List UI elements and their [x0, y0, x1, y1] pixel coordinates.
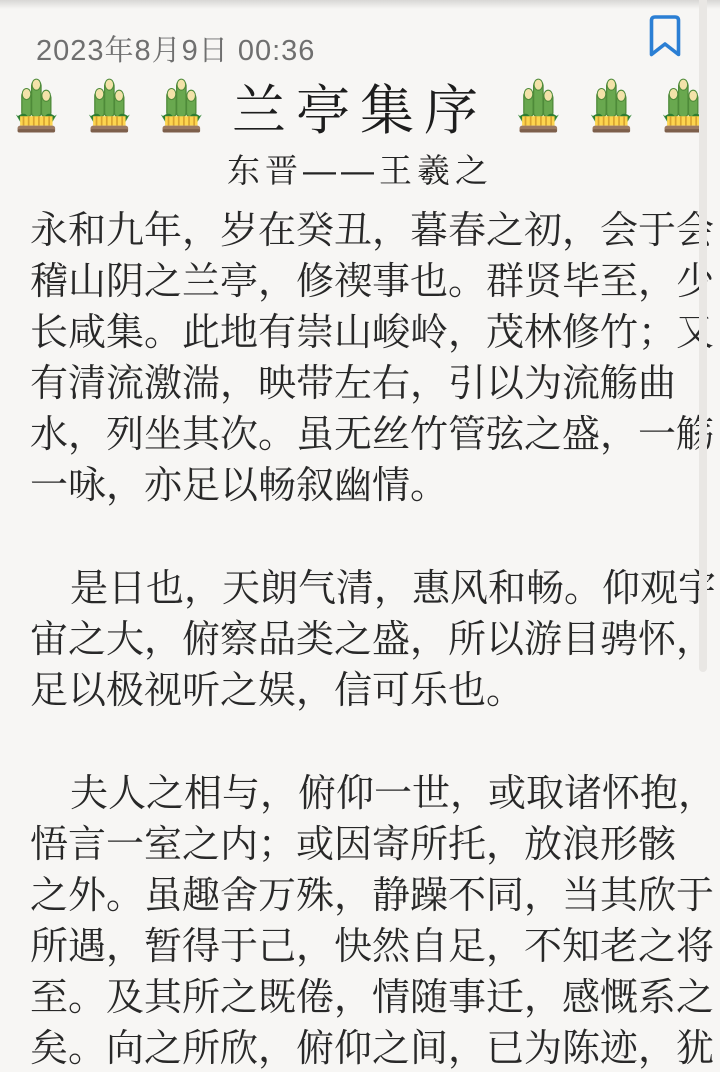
text-line: 悟言一室之内；或因寄所托，放浪形骸: [30, 820, 690, 871]
text-line: 宙之大，俯察品类之盛，所以游目骋怀，: [30, 615, 690, 666]
kadomatsu-icon: [82, 78, 137, 134]
bookmark-icon[interactable]: [648, 14, 682, 58]
page-title: 兰亭集序: [232, 68, 488, 145]
author-line: 东晋——王羲之: [0, 150, 720, 192]
article-body: 永和九年，岁在癸丑，暮春之初，会于会 稽山阴之兰亭，修禊事也。群贤毕至，少 长咸…: [30, 206, 690, 1072]
kadomatsu-icon: [154, 78, 209, 134]
scrollbar-thumb[interactable]: [699, 0, 707, 672]
title-row: 兰亭集序: [0, 70, 720, 142]
text-line: 一咏，亦足以畅叙幽情。: [30, 461, 690, 512]
kadomatsu-icon: [511, 78, 566, 134]
datetime-label: 2023年8月9日 00:36: [36, 28, 315, 69]
text-line: 有清流激湍，映带左右，引以为流觞曲: [30, 359, 690, 410]
text-line: 永和九年，岁在癸丑，暮春之初，会于会: [30, 206, 690, 257]
text-line: 是日也，天朗气清，惠风和畅。仰观宇: [30, 564, 690, 615]
text-line: 足以极视听之娱，信可乐也。: [30, 666, 690, 717]
paragraph-1: 永和九年，岁在癸丑，暮春之初，会于会 稽山阴之兰亭，修禊事也。群贤毕至，少 长咸…: [30, 206, 690, 512]
kadomatsu-icon: [9, 78, 64, 134]
text-line: 至。及其所之既倦，情随事迁，感慨系之: [30, 973, 690, 1024]
text-line: 矣。向之所欣，俯仰之间，已为陈迹，犹: [30, 1024, 690, 1072]
text-line: 稽山阴之兰亭，修禊事也。群贤毕至，少: [30, 257, 690, 308]
text-line: 之外。虽趣舍万殊，静躁不同，当其欣于: [30, 871, 690, 922]
paragraph-3: 夫人之相与，俯仰一世，或取诸怀抱， 悟言一室之内；或因寄所托，放浪形骸 之外。虽…: [30, 769, 690, 1072]
header: 2023年8月9日 00:36: [0, 0, 720, 62]
text-line: 水，列坐其次。虽无丝竹管弦之盛，一觞: [30, 410, 690, 461]
paragraph-2: 是日也，天朗气清，惠风和畅。仰观宇 宙之大，俯察品类之盛，所以游目骋怀， 足以极…: [30, 564, 690, 717]
kadomatsu-icon: [584, 78, 639, 134]
text-line: 夫人之相与，俯仰一世，或取诸怀抱，: [30, 769, 690, 820]
reading-page: 2023年8月9日 00:36 兰亭集序 东晋——王羲之 永和九年，岁在癸丑，暮…: [0, 0, 720, 1072]
text-line: 所遇，暂得于己，快然自足，不知老之将: [30, 922, 690, 973]
text-line: 长咸集。此地有崇山峻岭，茂林修竹；又: [30, 308, 690, 359]
